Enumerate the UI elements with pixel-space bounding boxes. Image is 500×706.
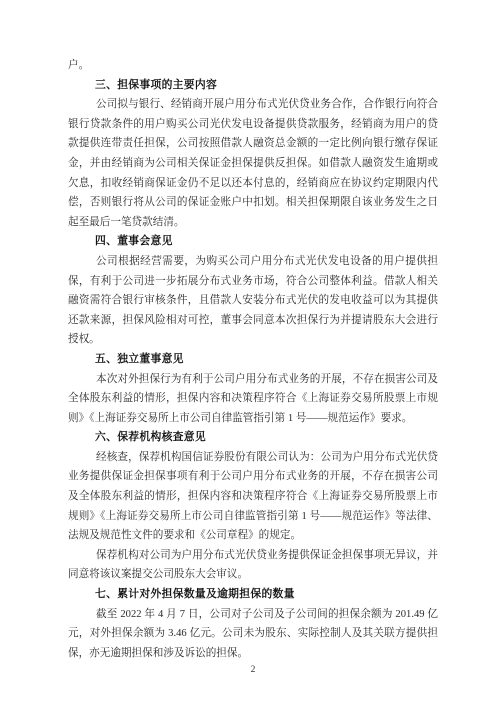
section-heading-independent-director-opinion: 五、独立董事意见: [68, 350, 438, 370]
section-heading-sponsor-verification-opinion: 六、保荐机构核查意见: [68, 428, 438, 448]
section-heading-board-opinion: 四、董事会意见: [68, 232, 438, 252]
paragraph-cumulative-guarantees: 截至 2022 年 4 月 7 日，公司对子公司及子公司间的担保余额为 201.…: [68, 605, 438, 664]
paragraph-independent-director-opinion: 本次对外担保行为有利于公司户用分布式业务的开展，不存在损害公司及全体股东利益的情…: [68, 370, 438, 429]
page-number: 2: [68, 664, 438, 677]
continuation-text: 户。: [68, 56, 438, 76]
paragraph-sponsor-verification-1: 经核查，保荐机构国信证券股份有限公司认为：公司为户用分布式光伏贷业务提供保证金担…: [68, 448, 438, 546]
paragraph-sponsor-verification-2: 保荐机构对公司为户用分布式光伏贷业务提供保证金担保事项无异议，并同意将该议案提交…: [68, 546, 438, 585]
section-heading-cumulative-guarantees: 七、累计对外担保数量及逾期担保的数量: [68, 585, 438, 605]
section-heading-guarantee-main-content: 三、担保事项的主要内容: [68, 76, 438, 96]
paragraph-board-opinion: 公司根据经营需要，为购买公司户用分布式光伏发电设备的用户提供担保，有利于公司进一…: [68, 252, 438, 350]
paragraph-guarantee-main-content: 公司拟与银行、经销商开展户用分布式光伏贷业务合作，合作银行向符合银行贷款条件的用…: [68, 95, 438, 232]
document-page: 户。 三、担保事项的主要内容 公司拟与银行、经销商开展户用分布式光伏贷业务合作，…: [0, 0, 500, 706]
